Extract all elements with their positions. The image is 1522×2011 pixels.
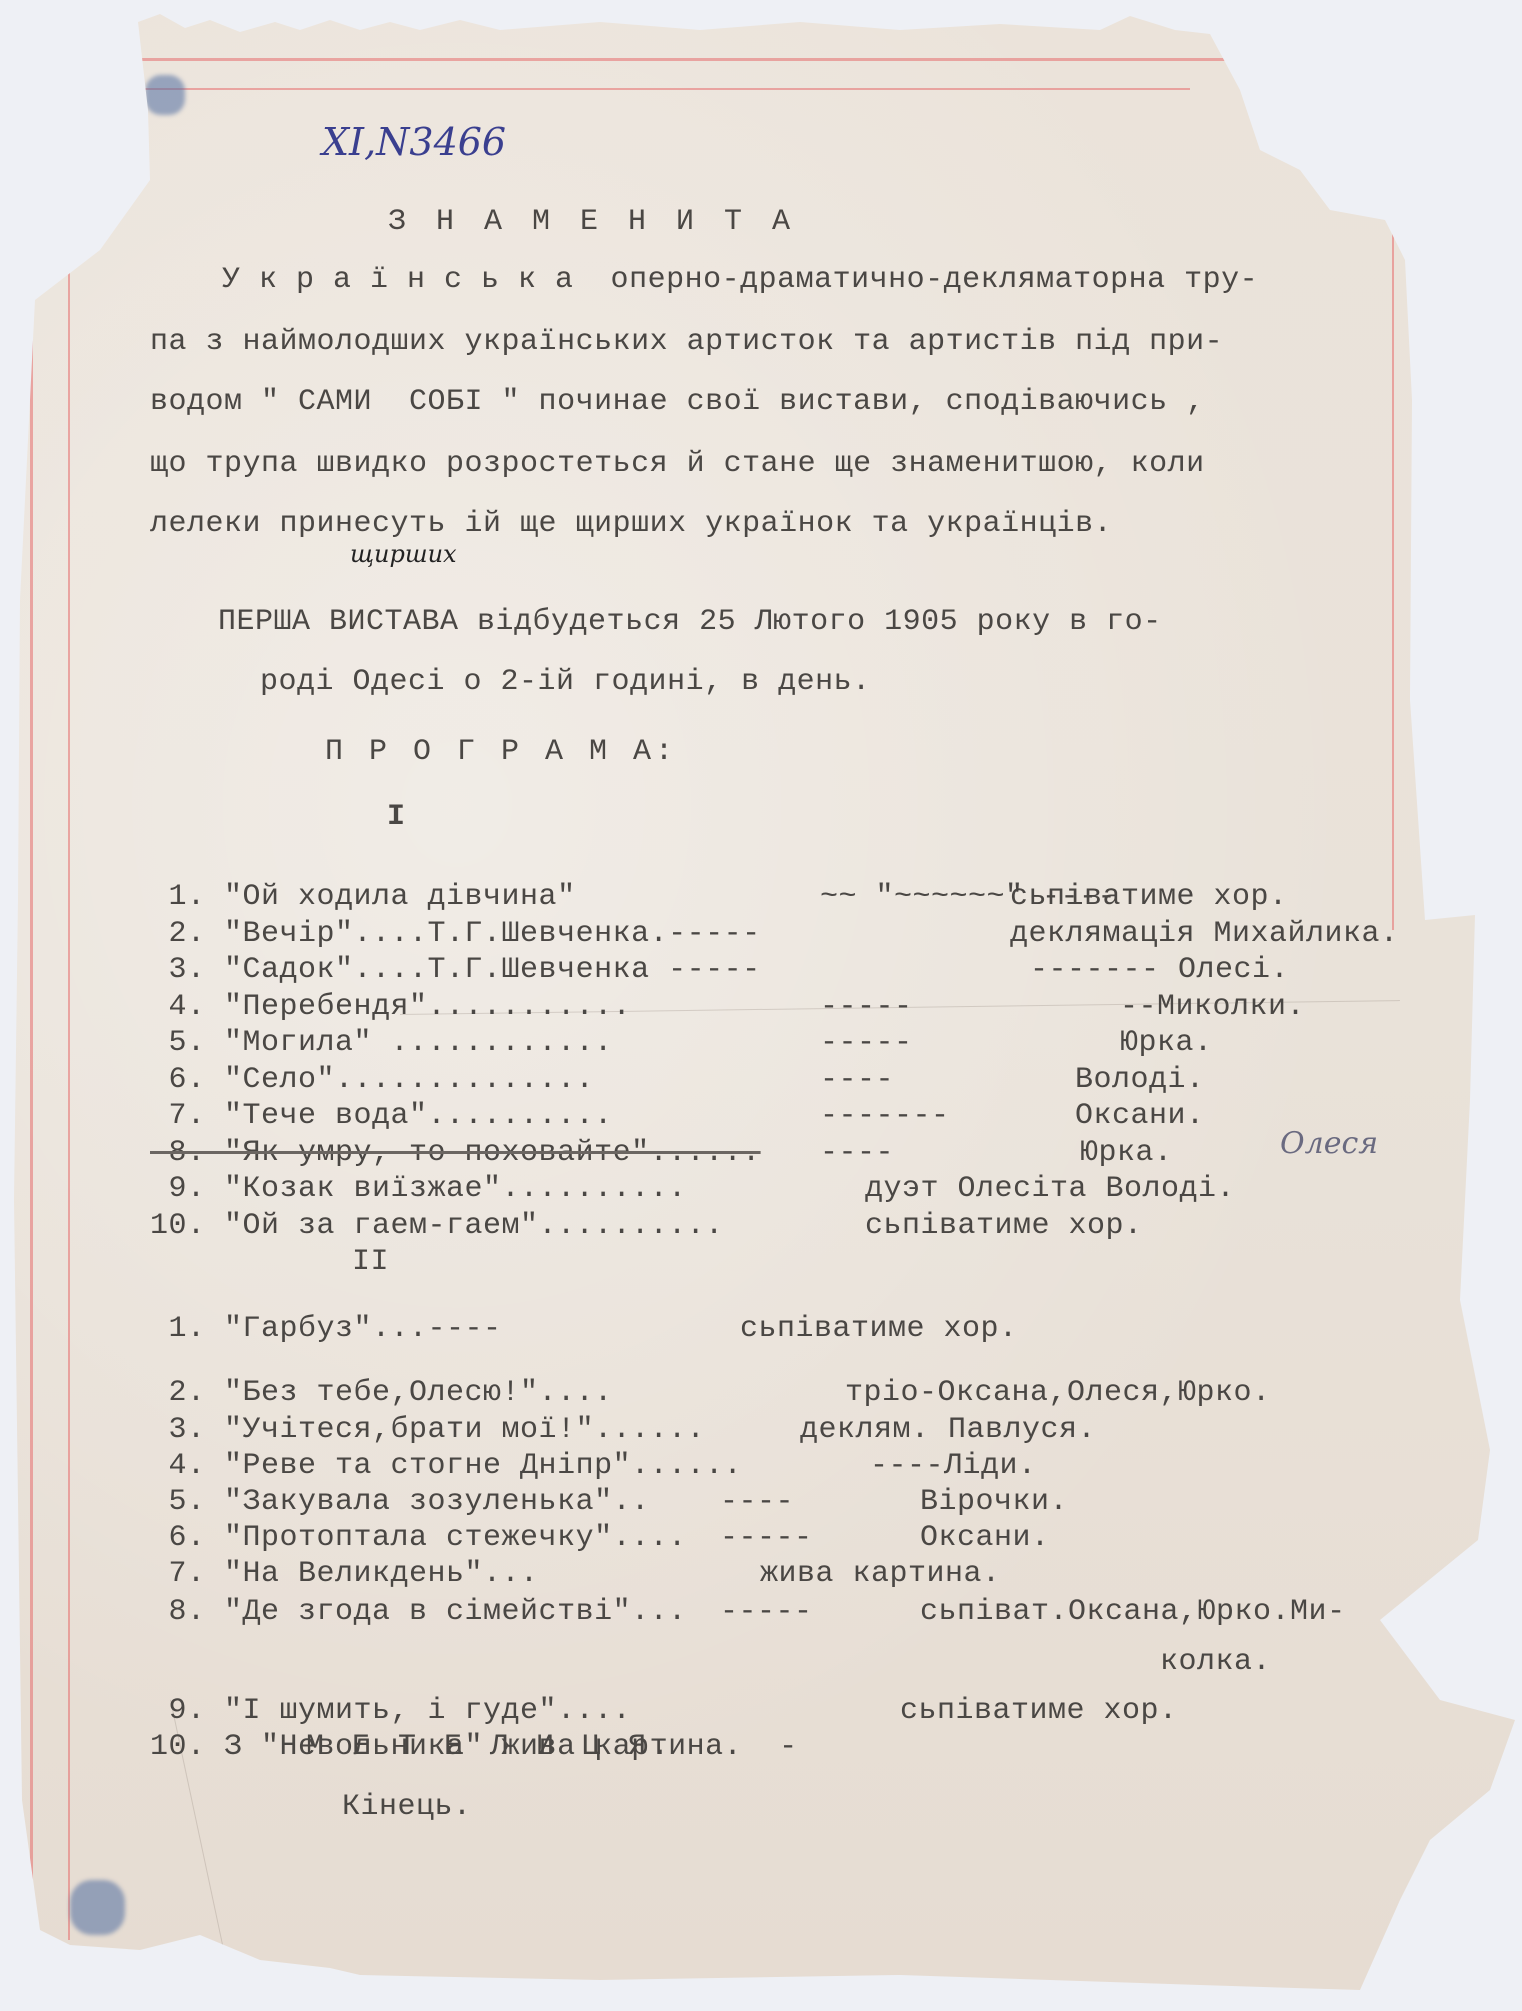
margin-line-left-2 xyxy=(68,240,70,1940)
handwritten-correction: щирших xyxy=(350,540,457,568)
program-item-performer: Вірочки. xyxy=(920,1485,1068,1519)
program-item-filler: ----- xyxy=(720,1595,813,1629)
program-item-performer: ------- Олесі. xyxy=(1030,953,1289,987)
section-2-numeral: II xyxy=(352,1245,389,1279)
program-item-performer: деклям. Павлуся. xyxy=(800,1413,1096,1447)
program-item-title: 5. "Закувала зозуленька".. xyxy=(150,1485,650,1519)
program-item-performer: сьпіватиме хор. xyxy=(865,1209,1143,1243)
archive-mark: XI,N3466 xyxy=(322,120,506,164)
program-item-performer: жива картина. xyxy=(760,1557,1001,1591)
program-item-filler: ----- xyxy=(720,1521,813,1555)
program-item-performer: тріо-Оксана,Олеся,Юрко. xyxy=(845,1376,1271,1410)
program-item-performer: сьпіватиме хор. xyxy=(740,1312,1018,1346)
program-item-filler: ---- xyxy=(820,1136,894,1170)
heading: З Н А М Е Н И Т А xyxy=(388,205,796,239)
program-item-filler: ---- xyxy=(720,1485,794,1519)
program-item-title: 1. "Гарбуз"...---- xyxy=(150,1312,502,1346)
program-item-title: 4. "Реве та стогне Дніпр"...... xyxy=(150,1449,742,1483)
program-item-title: 2. "Без тебе,Олесю!".... xyxy=(150,1376,613,1410)
program-item-title: 10. "Ой за гаем-гаем".......... xyxy=(150,1209,724,1243)
margin-line-left xyxy=(30,240,33,1940)
margin-line-right xyxy=(1392,230,1394,930)
program-item-performer: сьпіватиме хор. xyxy=(900,1694,1178,1728)
intro-line-1: У к р а ї н с ь к а оперно-драматично-де… xyxy=(222,263,1258,297)
program-item-performer: Оксани. xyxy=(920,1521,1050,1555)
section-1-numeral: I xyxy=(387,800,406,834)
program-item-performer: дуэт Олесіта Володі. xyxy=(865,1172,1235,1206)
announcement-line-2: роді Одесі о 2-ій годині, в день. xyxy=(260,665,871,699)
program-item-filler: ----- xyxy=(820,1026,913,1060)
announcement-line-1: ПЕРША ВИСТАВА відбудеться 25 Лютого 1905… xyxy=(218,605,1162,639)
program-item-performer: Володі. xyxy=(1075,1063,1205,1097)
program-item-title: 3. "Учітеся,брати мої!"...... xyxy=(150,1413,705,1447)
program-item-title: 5. "Могила" ............ xyxy=(150,1026,613,1060)
program-item-title: 9. "І шумить, і гуде".... xyxy=(150,1694,631,1728)
program-item-performer: сьпіватиме хор. xyxy=(1010,880,1288,914)
margin-line-top-2 xyxy=(140,88,1190,90)
program-title: П Р О Г Р А М А: xyxy=(325,735,677,769)
intro-line-2: па з наймолодших українських артисток та… xyxy=(150,325,1223,359)
program-item-performer: деклямація Михайлика. xyxy=(1010,917,1399,951)
finale: М Е Т Е Л И Ц Я. xyxy=(306,1730,674,1764)
program-item-performer: Юрка. xyxy=(1120,1026,1213,1060)
ending: Кінець. xyxy=(342,1790,472,1824)
program-item-performer: ----Ліди. xyxy=(870,1449,1037,1483)
ink-blot-bottom-left xyxy=(70,1880,125,1935)
intro-line-5: лелеки принесуть ій ще щирших українок т… xyxy=(150,507,1112,541)
program-item-performer: Оксани. xyxy=(1075,1099,1205,1133)
program-item-title: 9. "Козак виїзжае".......... xyxy=(150,1172,687,1206)
program-item-title: 6. "Протоптала стежечку".... xyxy=(150,1521,687,1555)
program-item-title: 8. "Як умру, то поховайте"...... xyxy=(150,1136,761,1170)
program-item-title: 6. "Село".............. xyxy=(150,1063,594,1097)
program-item-title: 7. "На Великдень"... xyxy=(150,1557,539,1591)
intro-line-4: що трупа швидко розростеться й стане ще … xyxy=(150,447,1205,481)
margin-line-top xyxy=(140,58,1390,61)
intro-line-3: водом " САМИ СОБІ " починае свої вистави… xyxy=(150,385,1205,419)
program-item-performer: сьпіват.Оксана,Юрко.Ми- xyxy=(920,1595,1346,1629)
program-item-performer-continued: колка. xyxy=(1160,1645,1271,1679)
program-item-title: 7. "Тече вода".......... xyxy=(150,1099,613,1133)
program-item-performer: --Миколки. xyxy=(1120,990,1305,1024)
program-item-title: 2. "Вечір"....Т.Г.Шевченка.----- xyxy=(150,917,761,951)
program-item-performer: Юрка. xyxy=(1080,1136,1173,1170)
program-item-filler: ----- xyxy=(820,990,913,1024)
program-item-filler: ------- xyxy=(820,1099,950,1133)
handwritten-note: Олеся xyxy=(1280,1126,1378,1161)
program-item-title: 1. "Ой ходила дівчина" xyxy=(150,880,576,914)
ink-blot-top-left xyxy=(145,75,185,115)
program-item-filler: ---- xyxy=(820,1063,894,1097)
program-item-title: 8. "Де згода в сімействі"... xyxy=(150,1595,687,1629)
program-item-title: 4. "Перебендя"........... xyxy=(150,990,631,1024)
program-item-title: 3. "Садок"....Т.Г.Шевченка ----- xyxy=(150,953,761,987)
